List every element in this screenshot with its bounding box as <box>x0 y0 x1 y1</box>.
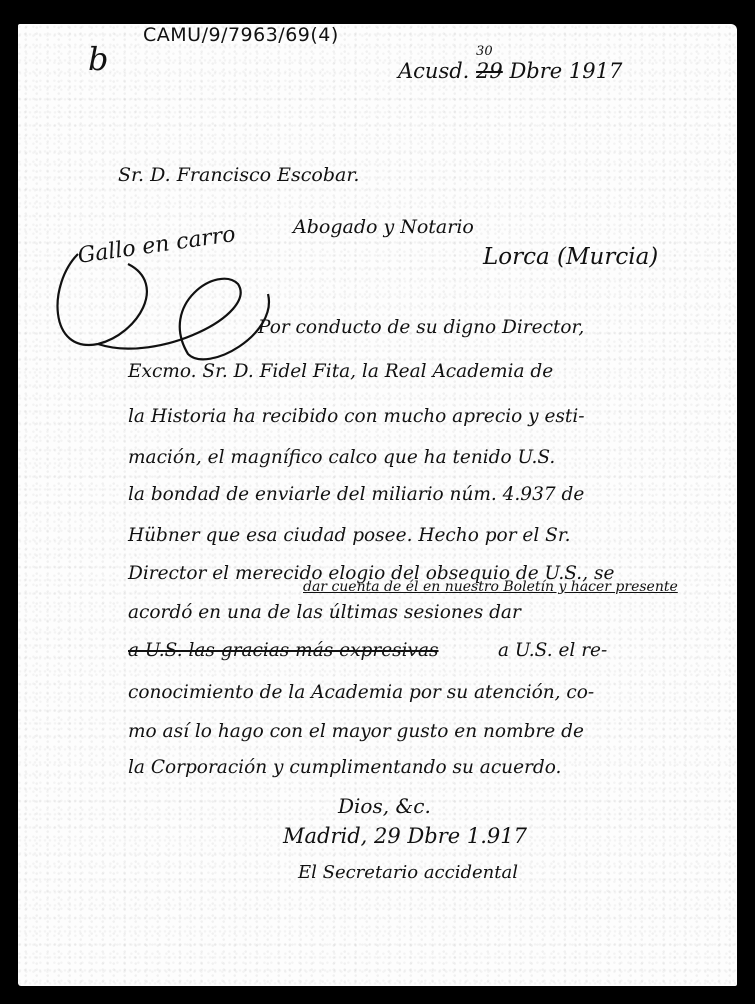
place-date: Madrid, 29 Dbre 1.917 <box>283 824 527 848</box>
interlinear-insertion: dar cuenta de él en nuestro Boletín y ha… <box>303 579 678 595</box>
body-line: mo así lo hago con el mayor gusto en nom… <box>128 721 584 742</box>
reply-note-day: 30 29 <box>476 59 509 83</box>
body-line-struck: a U.S. las gracias más expresivas <box>128 640 439 661</box>
letter-page: CAMU/9/7963/69(4) b Acusd. 30 29 Dbre 19… <box>18 24 737 986</box>
body-line: la bondad de enviarle del miliario núm. … <box>128 484 584 505</box>
reply-note: Acusd. 30 29 Dbre 1917 <box>398 59 622 83</box>
body-line: a U.S. el re- <box>498 640 607 661</box>
body-line: mación, el magnífico calco que ha tenido… <box>128 447 555 468</box>
body-line: Excmo. Sr. D. Fidel Fita, la Real Academ… <box>128 361 553 382</box>
addressee-city: Lorca (Murcia) <box>483 244 658 270</box>
body-line: Por conducto de su digno Director, <box>258 317 584 338</box>
struck-day: 29 <box>476 59 503 83</box>
closing-formula: Dios, &c. <box>338 794 431 818</box>
addressee-name: Sr. D. Francisco Escobar. <box>118 164 359 186</box>
body-line-struck: acordó en una de las últimas sesiones da… <box>128 602 521 623</box>
signature-title: El Secretario accidental <box>298 862 518 883</box>
archive-reference: CAMU/9/7963/69(4) <box>143 24 339 46</box>
corner-mark: b <box>88 40 108 78</box>
body-line: conocimiento de la Academia por su atenc… <box>128 682 594 703</box>
body-line: Hübner que esa ciudad posee. Hecho por e… <box>128 525 571 546</box>
reply-note-suffix: Dbre 1917 <box>509 59 622 83</box>
body-line: la Historia ha recibido con mucho apreci… <box>128 406 585 427</box>
corrected-day: 30 <box>476 44 493 59</box>
reply-note-prefix: Acusd. <box>398 59 469 83</box>
body-line: la Corporación y cumplimentando su acuer… <box>128 757 561 778</box>
